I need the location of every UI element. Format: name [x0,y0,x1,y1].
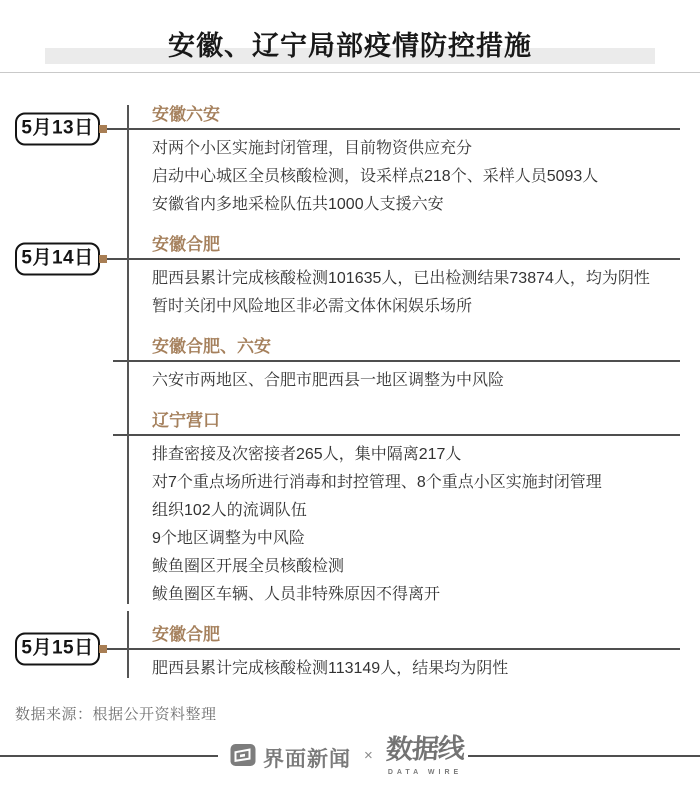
timeline-section: 安徽合肥5月14日肥西县累计完成核酸检测101635人，已出检测结果73874人… [152,235,680,321]
datawire-logo-text: 数据线 [383,729,468,768]
timeline-group: 安徽六安5月13日对两个小区实施封闭管理，目前物资供应充分启动中心城区全员核酸检… [152,105,680,219]
section-lines: 六安市两地区、合肥市肥西县一地区调整为中风险 [152,367,680,395]
timeline-entry-text: 六安市两地区、合肥市肥西县一地区调整为中风险 [152,367,680,395]
datawire-logo-subtext: DATA WIRE [384,769,466,776]
section-title: 安徽合肥、六安 [152,337,680,357]
timeline-group: 安徽合肥5月14日肥西县累计完成核酸检测101635人，已出检测结果73874人… [152,235,680,609]
timeline-entry-text: 对7个重点场所进行消毒和封控管理、8个重点小区实施封闭管理 [152,469,680,497]
section-title: 安徽合肥 [152,235,680,255]
section-lines: 肥西县累计完成核酸检测113149人，结果均为阴性 [152,655,680,683]
timeline: 安徽六安5月13日对两个小区实施封闭管理，目前物资供应充分启动中心城区全员核酸检… [0,73,700,683]
timeline-node [99,645,107,653]
timeline-entry-text: 启动中心城区全员核酸检测，设采样点218个、采样人员5093人 [152,163,680,191]
collab-x-symbol: × [364,747,373,764]
timeline-entry-text: 9个地区调整为中风险 [152,525,680,553]
timeline-node [99,125,107,133]
timeline-entry-text: 鲅鱼圈区开展全员核酸检测 [152,553,680,581]
vertical-timeline-line [127,611,129,678]
timeline-rule [113,360,680,362]
timeline-rule: 5月14日 [107,258,680,260]
infographic-page: 安徽、辽宁局部疫情防控措施 安徽六安5月13日对两个小区实施封闭管理，目前物资供… [0,0,700,794]
date-badge: 5月15日 [15,633,100,666]
timeline-entry-text: 对两个小区实施封闭管理，目前物资供应充分 [152,135,680,163]
datawire-logo: 数据线 DATA WIRE [384,730,466,776]
date-badge: 5月13日 [15,113,100,146]
timeline-entry-text: 鲅鱼圈区车辆、人员非特殊原因不得离开 [152,581,680,609]
timeline-section: 安徽合肥、六安六安市两地区、合肥市肥西县一地区调整为中风险 [152,337,680,395]
timeline-section: 安徽合肥5月15日肥西县累计完成核酸检测113149人，结果均为阴性 [152,625,680,683]
timeline-entry-text: 肥西县累计完成核酸检测113149人，结果均为阴性 [152,655,680,683]
timeline-group: 安徽合肥5月15日肥西县累计完成核酸检测113149人，结果均为阴性 [152,625,680,683]
timeline-section: 安徽六安5月13日对两个小区实施封闭管理，目前物资供应充分启动中心城区全员核酸检… [152,105,680,219]
timeline-entry-text: 肥西县累计完成核酸检测101635人，已出检测结果73874人，均为阴性 [152,265,680,293]
footer-brand: 界面新闻 × 数据线 DATA WIRE [0,730,700,792]
footer-divider-left [0,755,218,757]
section-title: 安徽合肥 [152,625,680,645]
section-lines: 对两个小区实施封闭管理，目前物资供应充分启动中心城区全员核酸检测，设采样点218… [152,135,680,219]
footer-divider-right [468,755,700,757]
section-lines: 排查密接及次密接者265人，集中隔离217人对7个重点场所进行消毒和封控管理、8… [152,441,680,609]
vertical-timeline-line [127,105,129,604]
page-title: 安徽、辽宁局部疫情防控措施 [0,31,700,62]
timeline-rule: 5月15日 [107,648,680,650]
section-lines: 肥西县累计完成核酸检测101635人，已出检测结果73874人，均为阴性暂时关闭… [152,265,680,321]
timeline-entry-text: 安徽省内多地采检队伍共1000人支援六安 [152,191,680,219]
timeline-entry-text: 暂时关闭中风险地区非必需文体休闲娱乐场所 [152,293,680,321]
timeline-entry-text: 组织102人的流调队伍 [152,497,680,525]
jiemian-logo-text: 界面新闻 [263,743,351,773]
timeline-node [99,255,107,263]
section-title: 安徽六安 [152,105,680,125]
timeline-rule: 5月13日 [107,128,680,130]
date-badge: 5月14日 [15,243,100,276]
jiemian-logo-icon [230,743,256,767]
section-title: 辽宁营口 [152,411,680,431]
timeline-rule [113,434,680,436]
timeline-entry-text: 排查密接及次密接者265人，集中隔离217人 [152,441,680,469]
timeline-section: 辽宁营口排查密接及次密接者265人，集中隔离217人对7个重点场所进行消毒和封控… [152,411,680,609]
header: 安徽、辽宁局部疫情防控措施 [0,0,700,73]
source-note: 数据来源：根据公开资料整理 [15,703,217,724]
